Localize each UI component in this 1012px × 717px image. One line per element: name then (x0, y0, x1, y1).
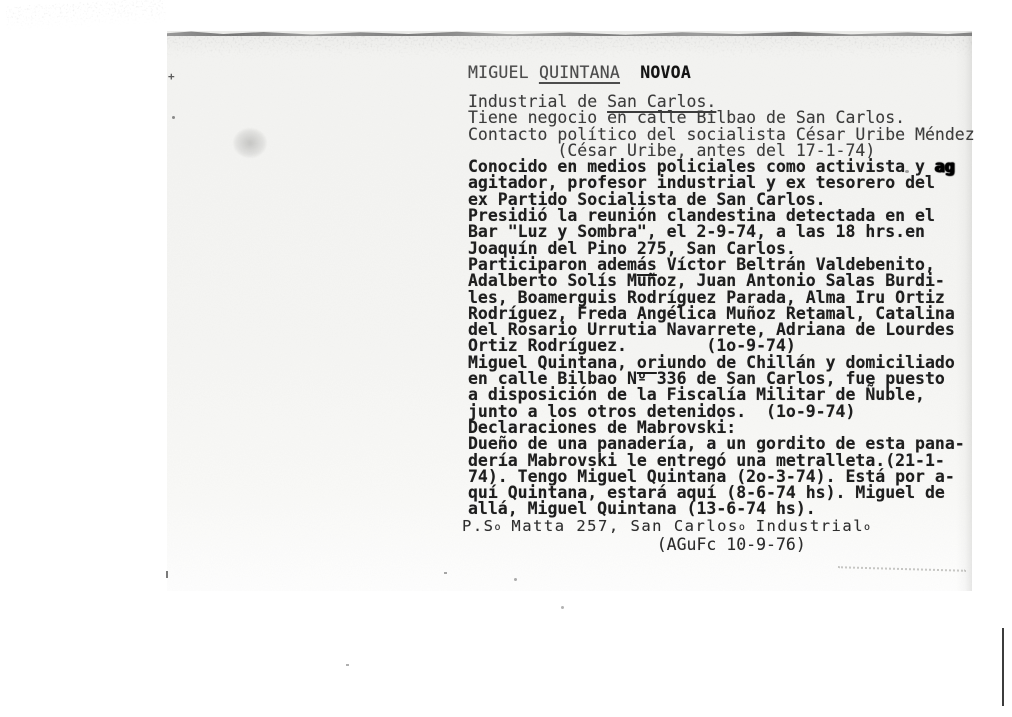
document-title: MIGUEL QUINTANA NOVOA (468, 63, 975, 83)
text-block-lines: Industrial de San Carlos.Tiene negocio e… (468, 94, 975, 553)
text-segment: P.S (462, 517, 495, 535)
text-line-26: allá, Miguel Quintana (13-6-74 hs). (468, 501, 975, 517)
text-line-28: (AGuFc 10-9-76) (468, 537, 975, 553)
text-segment: NOVOA (620, 63, 691, 82)
text-segment: Matta 257, San Carlos (501, 517, 739, 535)
scan-speck (346, 664, 349, 666)
text-block: MIGUEL QUINTANA NOVOA Industrial de San … (468, 63, 975, 553)
scan-root: MIGUEL QUINTANA NOVOA Industrial de San … (0, 0, 1012, 717)
text-segment: MIGUEL (468, 63, 539, 82)
text-segment: QUINTANA (539, 63, 620, 82)
paper-top-speckle (167, 34, 972, 60)
text-segment: ag (935, 157, 955, 176)
paper-top-edge (167, 31, 972, 36)
text-segment: o (495, 520, 501, 536)
text-segment: Industrial (745, 517, 864, 535)
text-segment: o (739, 520, 745, 536)
scan-speck (561, 606, 564, 609)
text-segment: o (864, 520, 870, 536)
background-noise-streak (5, 0, 166, 33)
scan-corner-line (1002, 628, 1004, 706)
